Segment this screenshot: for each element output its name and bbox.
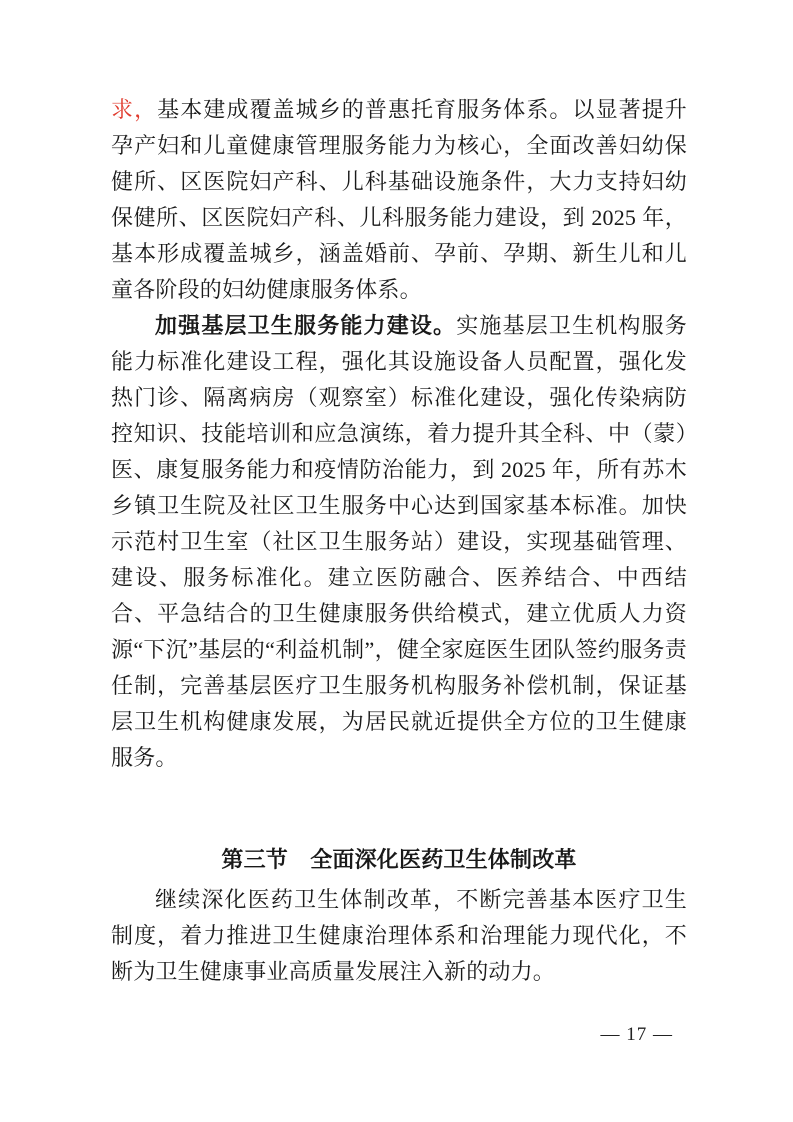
paragraph-basic-health-services: 加强基层卫生服务能力建设。实施基层卫生机构服务能力标准化建设工程，强化其设施设备… [111, 308, 687, 776]
document-page: 求，基本建成覆盖城乡的普惠托育服务体系。以显著提升孕产妇和儿童健康管理服务能力为… [0, 0, 793, 1122]
section-heading: 第三节 全面深化医药卫生体制改革 [111, 842, 687, 878]
paragraph-text: 基本建成覆盖城乡的普惠托育服务体系。以显著提升孕产妇和儿童健康管理服务能力为核心… [111, 97, 687, 302]
page-number: — 17 — [601, 1024, 674, 1046]
paragraph-maternal-child-health: 求，基本建成覆盖城乡的普惠托育服务体系。以显著提升孕产妇和儿童健康管理服务能力为… [111, 92, 687, 308]
paragraph-bold-lead: 加强基层卫生服务能力建设。 [155, 313, 456, 338]
paragraph-text: 实施基层卫生机构服务能力标准化建设工程，强化其设施设备人员配置，强化发热门诊、隔… [111, 313, 687, 770]
paragraph-medical-reform: 继续深化医药卫生体制改革，不断完善基本医疗卫生制度，着力推进卫生健康治理体系和治… [111, 882, 687, 990]
document-body: 求，基本建成覆盖城乡的普惠托育服务体系。以显著提升孕产妇和儿童健康管理服务能力为… [111, 92, 687, 990]
red-continuation-text: 求， [111, 97, 157, 122]
